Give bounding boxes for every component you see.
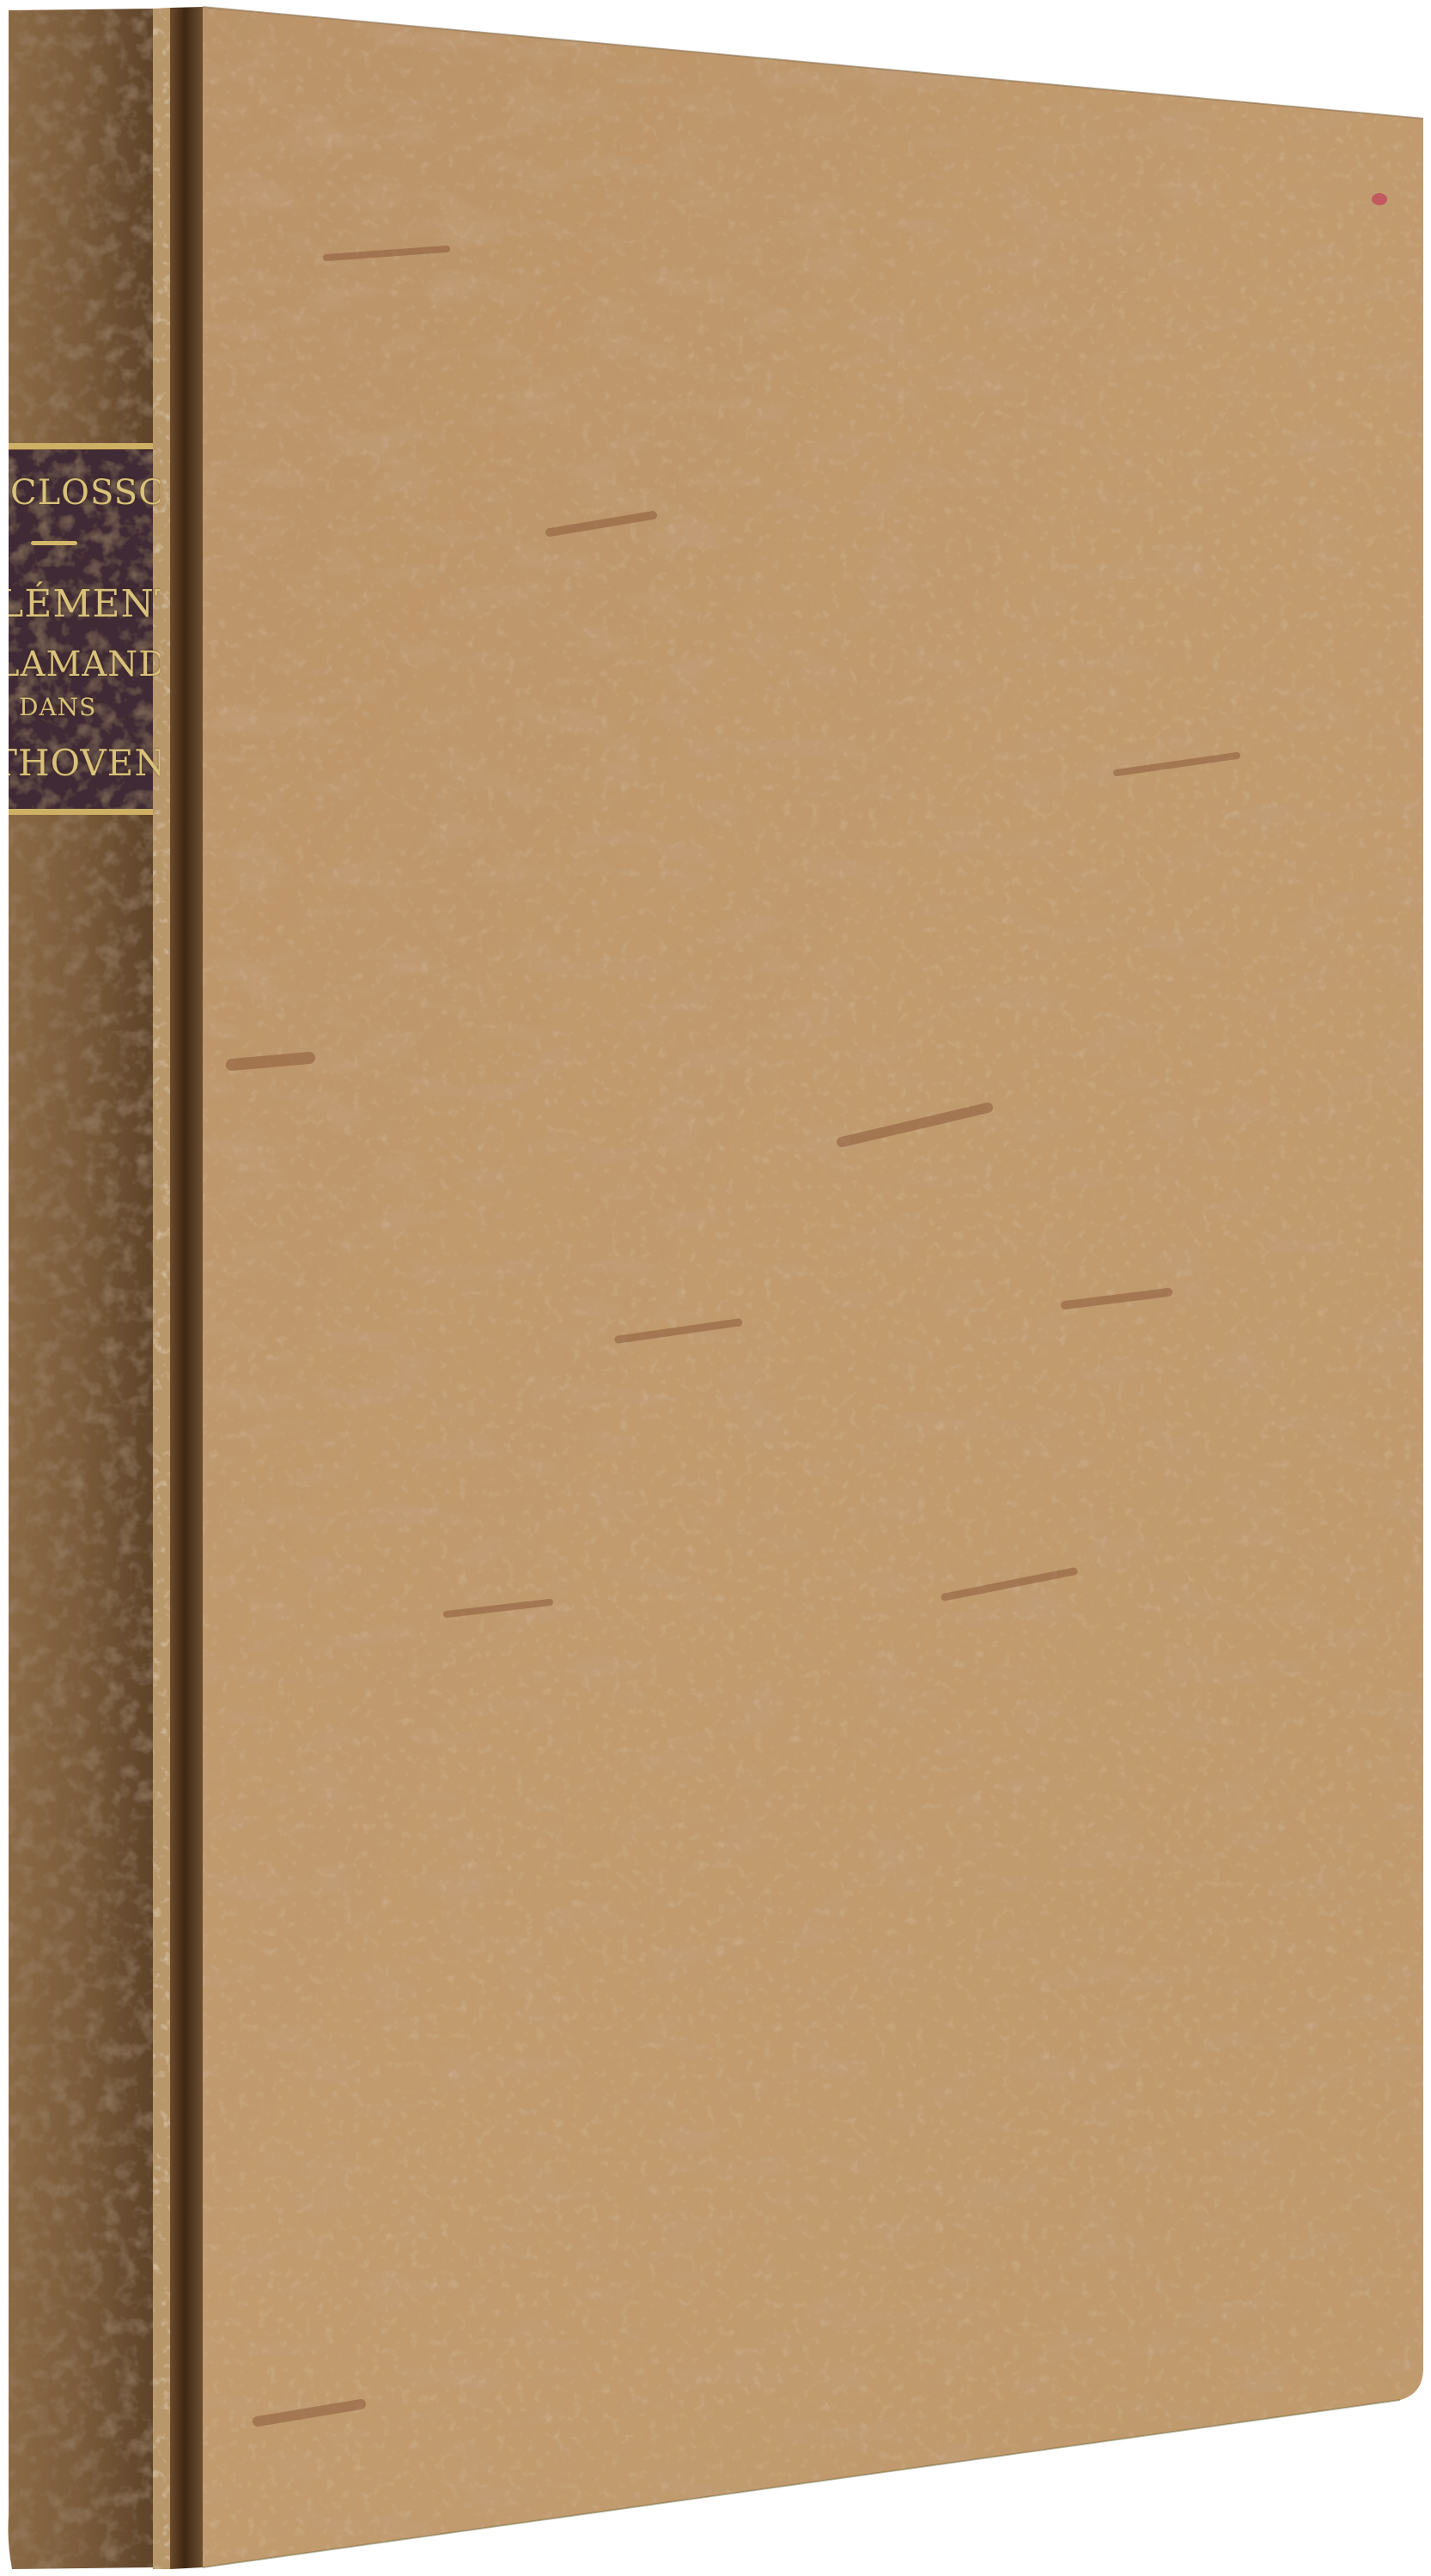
red-mark <box>1372 193 1387 205</box>
spine-label-text-area: CLOSSON LÉMENT' LAMAND DANS THOVEN <box>9 448 160 812</box>
spine-author: CLOSSON <box>10 476 160 510</box>
spine-title-line-2: LAMAND <box>9 647 160 682</box>
book-illustration <box>0 0 1431 2576</box>
joint-groove <box>170 7 203 2569</box>
spine-title-line-1: LÉMENT' <box>9 586 160 623</box>
spine-title-line-4: THOVEN <box>9 745 160 781</box>
book-photo: CLOSSON LÉMENT' LAMAND DANS THOVEN <box>0 0 1431 2576</box>
joint-ridge <box>153 8 170 2569</box>
spine-title-line-3: DANS <box>19 696 96 720</box>
gilt-dash <box>31 541 77 545</box>
spine <box>9 9 154 2569</box>
